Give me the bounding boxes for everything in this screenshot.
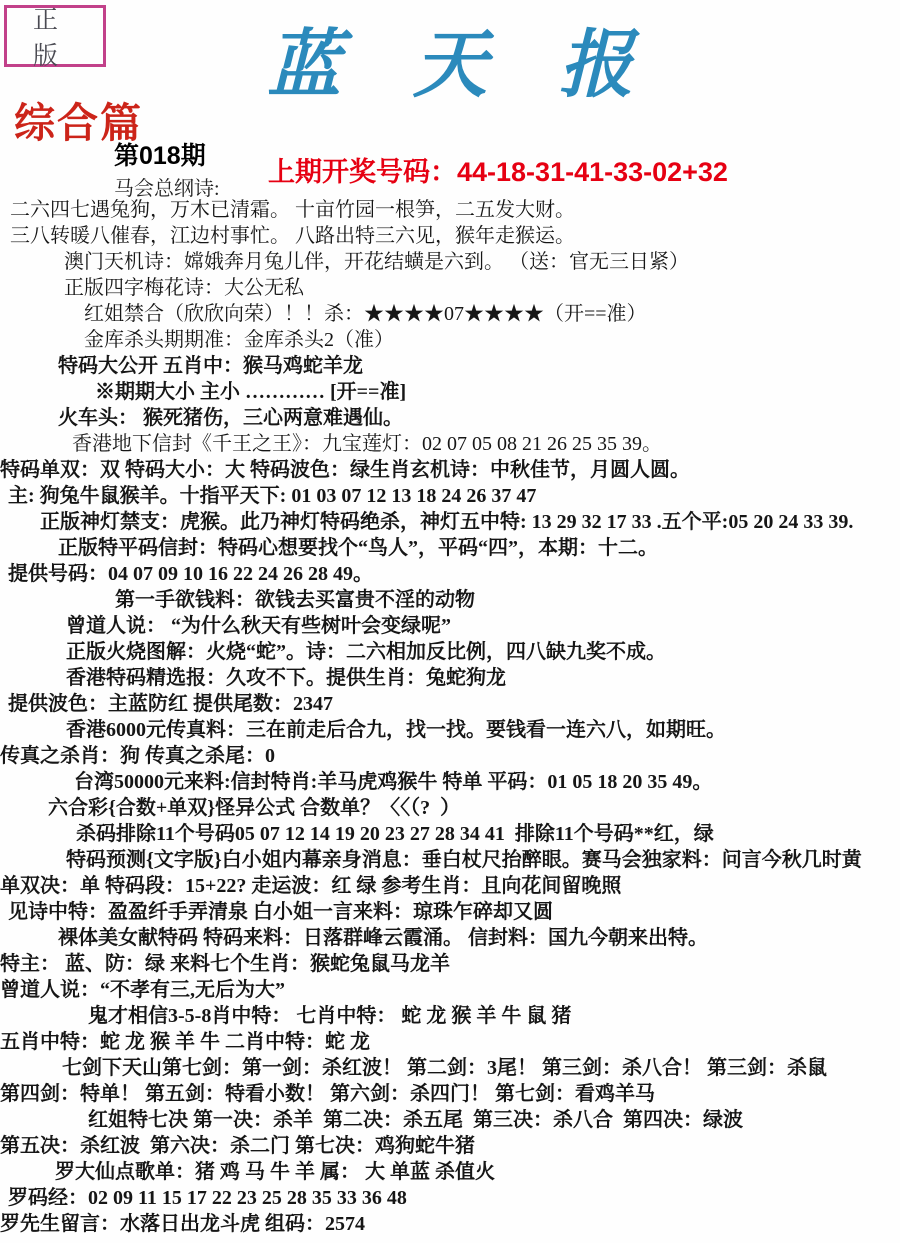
tip-line: 提供号码：04 07 09 10 16 22 24 26 28 49。 (0, 561, 900, 587)
tip-line: 鬼才相信3-5-8肖中特： 七肖中特： 蛇 龙 猴 羊 牛 鼠 猪 (0, 1003, 900, 1029)
tip-line: 第一手欲钱料：欲钱去买富贵不淫的动物 (0, 587, 900, 613)
tip-line: 特码单双：双 特码大小：大 特码波色：绿生肖玄机诗：中秋佳节，月圆人圆。 (0, 457, 900, 483)
tip-line: 杀码排除11个号码05 07 12 14 19 20 23 27 28 34 4… (0, 821, 900, 847)
tip-line: 传真之杀肖：狗 传真之杀尾：0 (0, 743, 900, 769)
tip-line: 正版特平码信封：特码心想要找个“鸟人”，平码“四”，本期：十二。 (0, 535, 900, 561)
tip-line: 台湾50000元来料:信封特肖:羊马虎鸡猴牛 特单 平码：01 05 18 20… (0, 769, 900, 795)
tip-line: ※期期大小 主小 ………… [开==准] (0, 379, 900, 405)
tip-line: 正版神灯禁支：虎猴。此乃神灯特码绝杀，神灯五中特: 13 29 32 17 33… (0, 509, 900, 535)
newspaper-page: 正版 蓝天报 综合篇 第018期 上期开奖号码：44-18-31-41-33-0… (0, 0, 900, 1243)
tip-line: 罗码经：02 09 11 15 17 22 23 25 28 35 33 36 … (0, 1185, 900, 1211)
tip-line: 第四剑：特单！ 第五剑：特看小数！ 第六剑：杀四门！ 第七剑：看鸡羊马 (0, 1081, 900, 1107)
tip-line: 红姐特七决 第一决：杀羊 第二决：杀五尾 第三决：杀八合 第四决：绿波 (0, 1107, 900, 1133)
tip-line: 七剑下天山第七剑：第一剑：杀红波！ 第二剑：3尾！ 第三剑：杀八合！ 第三剑：杀… (0, 1055, 900, 1081)
tip-line: 澳门天机诗：嫦娥奔月兔儿伴，开花结蟥是六到。 （送：官无三日紧） (0, 249, 900, 275)
tip-line: 罗大仙点歌单：猪 鸡 马 牛 羊 属： 大 单蓝 杀值火 (0, 1159, 900, 1185)
tip-line: 火车头： 猴死猪伤，三心两意难遇仙。 (0, 405, 900, 431)
tip-line: 特主： 蓝、防：绿 来料七个生肖：猴蛇兔鼠马龙羊 (0, 951, 900, 977)
tip-line: 二六四七遇兔狗，万木已清霜。 十亩竹园一根笋，二五发大财。 (0, 197, 900, 223)
tip-line: 五肖中特：蛇 龙 猴 羊 牛 二肖中特：蛇 龙 (0, 1029, 900, 1055)
tip-line: 特码大公开 五肖中：猴马鸡蛇羊龙 (0, 353, 900, 379)
issue-number: 第018期 (114, 136, 206, 172)
tip-line: 香港6000元传真料：三在前走后合九，找一找。要钱看一连六八，如期旺。 (0, 717, 900, 743)
last-draw-numbers: 上期开奖号码：44-18-31-41-33-02+32 (268, 150, 728, 189)
tip-line: 特码预测{文字版}白小姐内幕亲身消息：垂白杖尺抬醉眼。赛马会独家料：问言今秋几时… (0, 847, 900, 873)
tip-lines-container: 二六四七遇兔狗，万木已清霜。 十亩竹园一根笋，二五发大财。三八转暖八催春，江边村… (0, 197, 900, 1237)
tip-line: 三八转暖八催春，江边村事忙。 八路出特三六见，猴年走猴运。 (0, 223, 900, 249)
tip-line: 曾道人说： “为什么秋天有些树叶会变绿呢” (0, 613, 900, 639)
tip-line: 裸体美女献特码 特码来料：日落群峰云霞涌。 信封料：国九今朝来出特。 (0, 925, 900, 951)
tip-line: 提供波色：主蓝防红 提供尾数：2347 (0, 691, 900, 717)
tip-line: 正版四字梅花诗：大公无私 (0, 275, 900, 301)
tip-line: 金库杀头期期准：金库杀头2（准） (0, 327, 900, 353)
tip-line: 正版火烧图解：火烧“蛇”。诗：二六相加反比例，四八缺九奖不成。 (0, 639, 900, 665)
tip-line: 主: 狗兔牛鼠猴羊。十指平天下: 01 03 07 12 13 18 24 26… (0, 483, 900, 509)
tip-line: 六合彩{合数+单双}怪异公式 合数单？〈〈（? ） (0, 795, 900, 821)
tip-line: 罗先生留言：水落日出龙斗虎 组码：2574 (0, 1211, 900, 1237)
tip-line: 香港地下信封《千王之王》：九宝莲灯：02 07 05 08 21 26 25 3… (0, 431, 900, 457)
tip-line: 红姐禁合（欣欣向荣）！！杀：★★★★07★★★★（开==准） (0, 301, 900, 327)
tip-line: 见诗中特：盈盈纤手弄清泉 白小姐一言来料：琼珠乍碎却又圆 (0, 899, 900, 925)
tip-line: 单双决：单 特码段：15+22? 走运波：红 绿 参考生肖：且向花间留晚照 (0, 873, 900, 899)
tip-line: 香港特码精选报：久攻不下。提供生肖：兔蛇狗龙 (0, 665, 900, 691)
tip-line: 第五决：杀红波 第六决：杀二门 第七决：鸡狗蛇牛猪 (0, 1133, 900, 1159)
tip-line: 曾道人说：“不孝有三,无后为大” (0, 977, 900, 1003)
